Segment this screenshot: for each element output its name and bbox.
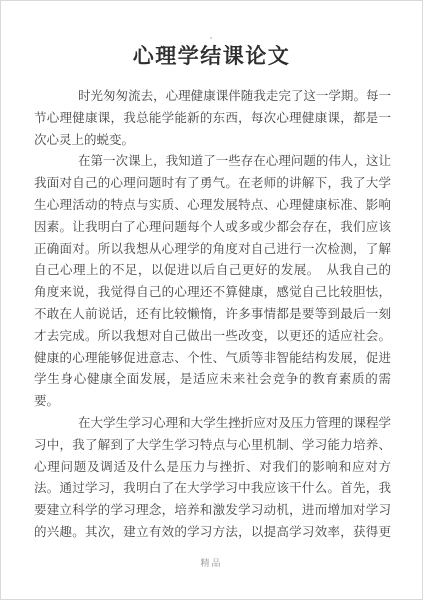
document-title: 心理学结课论文 <box>34 43 389 69</box>
text-line: 要。 <box>34 391 391 413</box>
text-line: 的兴趣。其次，建立有效的学习方法，以提高学习效率，获得更 <box>34 522 391 544</box>
text-line: 要建立科学的学习理念，培养和激发学习动机，进而增加对学习 <box>34 500 391 522</box>
text-line: 才去完成。所以我想对自己做出一些改变，以更还的适应社会。 <box>34 326 391 348</box>
text-line: 在第一次课上，我知道了一些存在心理问题的伟人，这让 <box>34 151 391 173</box>
text-line: 次心灵上的蜕变。 <box>34 130 391 152</box>
text-line: 节心理健康课，我总能学能新的东西，每次心理健康课，都是一 <box>34 108 391 130</box>
scan-artifact-dot <box>210 37 212 39</box>
text-line: 生心理活动的特点与实质、心理发展特点、心理健康标准、影响 <box>34 195 391 217</box>
text-line: 角度来说，我觉得自己的心理还不算健康，感觉自己比较胆怯， <box>34 282 391 304</box>
paragraph: 在第一次课上，我知道了一些存在心理问题的伟人，这让我面对自己的心理问题时有了勇气… <box>34 151 391 413</box>
text-line: 时光匆匆流去，心理健康课伴随我走完了这一学期。每一 <box>34 86 391 108</box>
text-line: 在大学生学习心理和大学生挫折应对及压力管理的课程学 <box>34 413 391 435</box>
text-line: 健康的心理能够促进意志、个性、气质等非智能结构发展，促进 <box>34 348 391 370</box>
text-line: 学生身心健康全面发展，是适应未来社会竞争的教育素质的需 <box>34 369 391 391</box>
paragraph: 时光匆匆流去，心理健康课伴随我走完了这一学期。每一节心理健康课，我总能学能新的东… <box>34 86 391 151</box>
document-body: 时光匆匆流去，心理健康课伴随我走完了这一学期。每一节心理健康课，我总能学能新的东… <box>34 86 391 544</box>
text-line: 正确面对。所以我想从心理学的角度对自己进行一次检测，了解 <box>34 239 391 261</box>
text-line: 我面对自己的心理问题时有了勇气。在老师的讲解下，我了大学 <box>34 173 391 195</box>
text-line: 心理问题及调适及什么是压力与挫折、对我们的影响和应对方 <box>34 457 391 479</box>
paragraph: 在大学生学习心理和大学生挫折应对及压力管理的课程学习中，我了解到了大学生学习特点… <box>34 413 391 544</box>
text-line: 法。通过学习，我明白了在大学学习中我应该干什么。首先，我 <box>34 478 391 500</box>
text-line: 不敢在人前说话，还有比较懒惰，许多事情都是要等到最后一刻 <box>34 304 391 326</box>
text-line: 自己心理上的不足，以促进以后自己更好的发展。 从我自己的 <box>34 260 391 282</box>
page-footer-watermark: 精品 <box>1 556 422 569</box>
text-line: 因素。让我明白了心理问题每个人或多或少都会存在，我们应该 <box>34 217 391 239</box>
document-page: 心理学结课论文 时光匆匆流去，心理健康课伴随我走完了这一学期。每一节心理健康课，… <box>0 0 423 600</box>
text-line: 习中，我了解到了大学生学习特点与心里机制、学习能力培养、 <box>34 435 391 457</box>
